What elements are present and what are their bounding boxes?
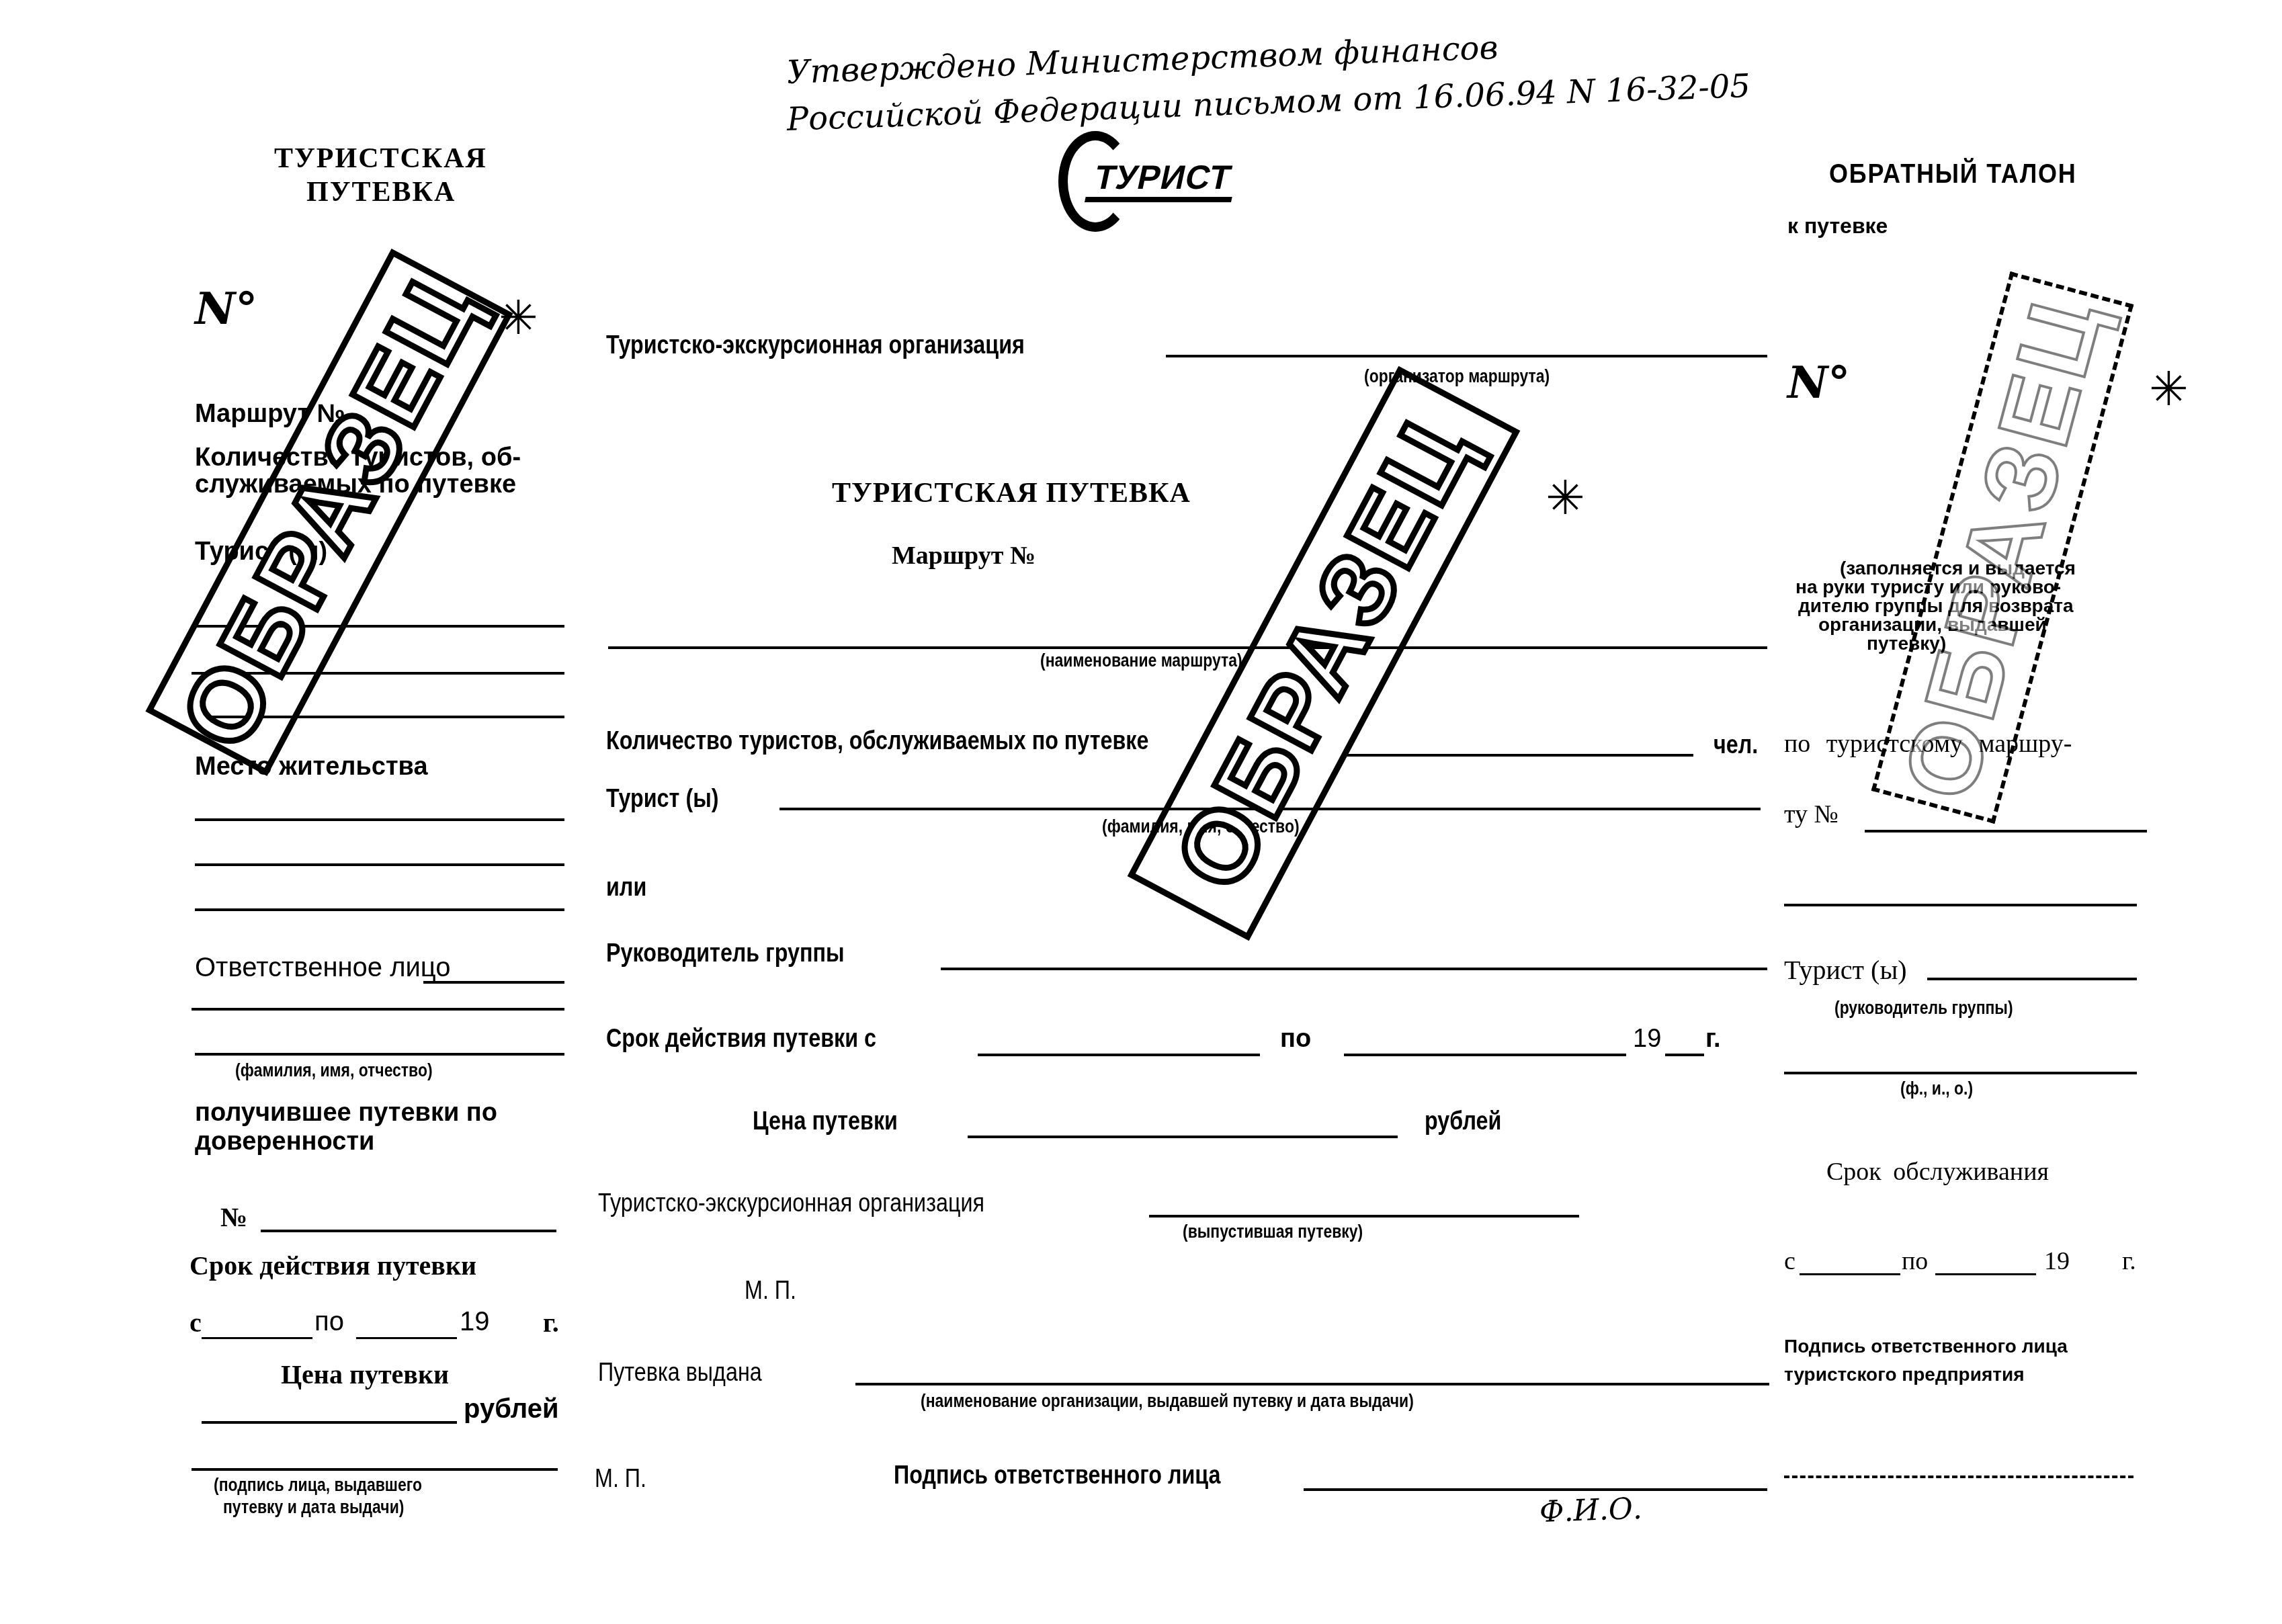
return-period-from-label: с — [1784, 1246, 1795, 1276]
stub-signature-field[interactable] — [192, 1468, 558, 1471]
main-route-label: Маршрут № — [892, 541, 1036, 570]
stub-received-proxy-text: получившее путевки по — [195, 1099, 497, 1127]
main-tourist-count-unit: чел. — [1714, 731, 1758, 760]
stub-title-line-1: ТУРИСТСКАЯ — [274, 142, 487, 175]
return-period-to-label: по — [1902, 1246, 1928, 1276]
stub-validity-year: 19 — [460, 1307, 490, 1337]
stub-validity-to-field[interactable] — [356, 1337, 457, 1339]
stub-signature-caption-1: (подпись лица, выдавшего — [214, 1475, 422, 1496]
return-signature-label-2: туристского предприятия — [1784, 1364, 2025, 1385]
main-route-field[interactable] — [608, 646, 1767, 649]
main-validity-year-suffix: г. — [1705, 1025, 1721, 1054]
stub-validity-from-label: с — [189, 1307, 202, 1338]
stub-fio-line[interactable] — [195, 1053, 564, 1056]
stub-residence-line-3[interactable] — [195, 908, 564, 911]
main-group-leader-label: Руководитель группы — [606, 939, 845, 968]
return-tourists-label: Турист (ы) — [1784, 954, 1907, 986]
stub-price-currency: рублей — [464, 1394, 559, 1424]
main-price-field[interactable] — [968, 1136, 1398, 1138]
return-route-field[interactable] — [1865, 830, 2147, 832]
main-stamp-place-2: М. П. — [595, 1465, 646, 1494]
main-validity-to-label: по — [1280, 1025, 1311, 1054]
return-asterisk-icon: ✳ — [2149, 361, 2189, 417]
main-issuer-label: Туристско-экскурсионная организация — [598, 1189, 984, 1218]
sample-stamp-text: ОБРАЗЕЦ — [1879, 284, 2125, 811]
return-route-label-2: ту № — [1784, 800, 1839, 829]
main-validity-year: 19 — [1633, 1025, 1661, 1054]
return-slip-subtitle: к путевке — [1787, 214, 1888, 239]
main-title: ТУРИСТСКАЯ ПУТЕВКА — [832, 477, 1191, 509]
stub-residence-line-1[interactable] — [195, 818, 564, 821]
return-period-to-field[interactable] — [1935, 1273, 2036, 1275]
stub-residence-line-2[interactable] — [195, 863, 564, 866]
return-tourists-field[interactable] — [1927, 978, 2137, 980]
main-or-label: или — [606, 873, 646, 902]
stub-responsible-line-1[interactable] — [423, 981, 564, 984]
main-price-currency: рублей — [1425, 1107, 1501, 1136]
main-signature-label: Подпись ответственного лица — [894, 1461, 1221, 1490]
main-tourist-count-field[interactable] — [1344, 754, 1693, 757]
stub-number-sign-icon: N° — [195, 282, 257, 335]
sample-stamp-right: ОБРАЗЕЦ — [1871, 271, 2134, 824]
main-signature-field[interactable] — [1304, 1488, 1767, 1491]
stub-validity-label: Срок действия путевки — [189, 1250, 476, 1281]
main-route-caption: (наименование маршрута) — [1040, 650, 1242, 671]
stub-proxy-number-field[interactable] — [261, 1230, 556, 1232]
middle-asterisk-icon: ✳ — [1546, 470, 1585, 525]
main-validity-to-field[interactable] — [1344, 1054, 1626, 1056]
return-period-from-field[interactable] — [1800, 1273, 1900, 1275]
stub-responsible-line-2[interactable] — [192, 1008, 564, 1011]
main-signature-handwritten-caption: Ф.И.О. — [1539, 1492, 1643, 1529]
return-fio-caption: (ф., и., о.) — [1900, 1078, 1973, 1099]
return-number-sign-icon: N° — [1787, 356, 1850, 409]
return-leader-caption: (руководитель группы) — [1834, 998, 2013, 1019]
main-validity-year-field[interactable] — [1665, 1054, 1704, 1056]
main-issued-label: Путевка выдана — [598, 1359, 762, 1387]
return-service-period-label: Срок обслуживания — [1826, 1157, 2049, 1187]
main-validity-label: Срок действия путевки с — [606, 1025, 876, 1054]
stub-signature-caption-2: путевку и дата выдачи) — [223, 1497, 404, 1518]
stub-residence-label: Место жительства — [195, 753, 428, 781]
return-route-extra-field[interactable] — [1784, 904, 2137, 906]
return-signature-label-1: Подпись ответственного лица — [1784, 1336, 2068, 1357]
main-issued-field[interactable] — [855, 1383, 1769, 1385]
stub-received-proxy-line-2: доверенности — [195, 1127, 374, 1156]
main-issuer-caption: (выпустившая путевку) — [1183, 1222, 1363, 1242]
main-org-label: Туристско-экскурсионная организация — [606, 331, 1025, 360]
main-tourist-count-label: Количество туристов, обслуживаемых по пу… — [606, 727, 1148, 756]
stub-fio-caption: (фамилия, имя, отчество) — [235, 1060, 433, 1081]
main-group-leader-field[interactable] — [941, 968, 1767, 970]
main-issued-caption: (наименование организации, выдавшей путе… — [921, 1391, 1414, 1412]
return-period-year-suffix: г. — [2122, 1246, 2136, 1276]
main-tourists-label: Турист (ы) — [606, 785, 718, 814]
stub-title-line-2: ПУТЕВКА — [306, 176, 456, 208]
logo-text: ТУРИСТ — [1085, 158, 1240, 202]
stub-received-proxy-line-1: получившее путевки по — [195, 1099, 571, 1127]
stub-price-label: Цена путевки — [281, 1359, 449, 1390]
main-stamp-place-1: М. П. — [745, 1277, 796, 1306]
return-period-year: 19 — [2044, 1246, 2070, 1276]
main-issuer-field[interactable] — [1149, 1215, 1579, 1217]
return-fio-field[interactable] — [1784, 1072, 2137, 1074]
stub-responsible-label: Ответственное лицо — [195, 953, 451, 983]
stub-validity-from-field[interactable] — [202, 1337, 312, 1339]
return-slip-title: ОБРАТНЫЙ ТАЛОН — [1829, 159, 2077, 189]
stub-validity-year-suffix: г. — [543, 1307, 559, 1338]
main-price-label: Цена путевки — [753, 1107, 898, 1136]
return-signature-field[interactable] — [1784, 1476, 2133, 1478]
stub-proxy-number-label: № — [220, 1201, 247, 1233]
main-org-field[interactable] — [1166, 355, 1767, 357]
stub-price-field[interactable] — [202, 1421, 457, 1424]
main-validity-from-field[interactable] — [978, 1054, 1260, 1056]
stub-validity-to-label: по — [314, 1307, 344, 1337]
